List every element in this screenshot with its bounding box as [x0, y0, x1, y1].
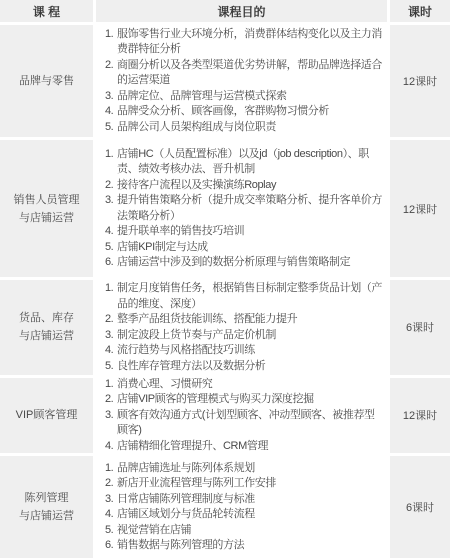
- purpose-item: 店铺VIP顾客的管理模式与购买力深度挖掘: [116, 392, 382, 408]
- purpose-item: 提升销售策略分析（提升成交率策略分析、提升客单价方法策略分析）: [116, 193, 382, 224]
- purpose-list: 制定月度销售任务，根据销售目标制定整季货品计划（产品的维度、深度） 整季产品组货…: [101, 281, 382, 374]
- course-name-line: VIP顾客管理: [16, 406, 78, 424]
- purpose-item: 店铺运营中涉及到的数据分析原理与销售策略制定: [116, 255, 382, 271]
- course-name-line: 陈列管理: [25, 489, 69, 507]
- purpose-item: 整季产品组货技能训练、搭配能力提升: [116, 312, 382, 328]
- course-name-line: 销售人员管理: [14, 191, 80, 209]
- course-purpose-cell: 店铺HC（人员配置标准）以及jd（job description）、职责、绩效考…: [96, 140, 387, 277]
- course-name-cell: 货品、库存 与店铺运营: [0, 280, 93, 374]
- course-name-line: 与店铺运营: [19, 507, 74, 525]
- purpose-list: 消费心理、习惯研究 店铺VIP顾客的管理模式与购买力深度挖掘 顾客有效沟通方式(…: [101, 377, 382, 455]
- purpose-item: 品牌店铺选址与陈列体系规划: [116, 461, 276, 477]
- course-name-line: 与店铺运营: [19, 327, 74, 345]
- course-hours-cell: 12课时: [390, 140, 450, 277]
- course-name-cell: 销售人员管理 与店铺运营: [0, 140, 93, 277]
- course-name-cell: 陈列管理 与店铺运营: [0, 456, 93, 558]
- purpose-item: 接待客户流程以及实操演练Roplay: [116, 178, 382, 194]
- course-hours-cell: 6课时: [390, 456, 450, 558]
- purpose-item: 良性库存管理方法以及数据分析: [116, 359, 382, 375]
- course-hours-cell: 6课时: [390, 280, 450, 374]
- purpose-item: 消费心理、习惯研究: [116, 377, 382, 393]
- purpose-item: 视觉营销在店铺: [116, 523, 276, 539]
- purpose-item: 商圈分析以及各类型渠道优劣势讲解，帮助品牌选择适合的运营渠道: [116, 58, 382, 89]
- course-purpose-cell: 制定月度销售任务，根据销售目标制定整季货品计划（产品的维度、深度） 整季产品组货…: [96, 280, 387, 374]
- purpose-item: 店铺精细化管理提升、CRM管理: [116, 439, 382, 455]
- course-curriculum-table: 课 程 课程目的 课时 品牌与零售 服饰零售行业大环境分析，消费群体结构变化以及…: [0, 0, 450, 558]
- purpose-item: 品牌公司人员架构组成与岗位职责: [116, 120, 382, 136]
- course-name-line: 品牌与零售: [19, 72, 74, 90]
- header-course: 课 程: [0, 0, 93, 22]
- course-purpose-cell: 消费心理、习惯研究 店铺VIP顾客的管理模式与购买力深度挖掘 顾客有效沟通方式(…: [96, 378, 387, 453]
- purpose-item: 店铺KPI制定与达成: [116, 240, 382, 256]
- purpose-list: 品牌店铺选址与陈列体系规划 新店开业流程管理与陈列工作安排 日常店铺陈列管理制度…: [101, 461, 276, 554]
- purpose-list: 店铺HC（人员配置标准）以及jd（job description）、职责、绩效考…: [101, 147, 382, 271]
- course-hours-cell: 12课时: [390, 378, 450, 453]
- header-hours: 课时: [390, 0, 450, 22]
- course-name-cell: VIP顾客管理: [0, 378, 93, 453]
- purpose-item: 店铺HC（人员配置标准）以及jd（job description）、职责、绩效考…: [116, 147, 382, 178]
- purpose-item: 日常店铺陈列管理制度与标准: [116, 492, 276, 508]
- purpose-item: 制定月度销售任务，根据销售目标制定整季货品计划（产品的维度、深度）: [116, 281, 382, 312]
- purpose-item: 店铺区域划分与货品轮转流程: [116, 507, 276, 523]
- course-purpose-cell: 服饰零售行业大环境分析，消费群体结构变化以及主力消费群特征分析 商圈分析以及各类…: [96, 25, 387, 137]
- course-purpose-cell: 品牌店铺选址与陈列体系规划 新店开业流程管理与陈列工作安排 日常店铺陈列管理制度…: [96, 456, 387, 558]
- purpose-item: 顾客有效沟通方式(计划型顾客、冲动型顾客、被推荐型顾客): [116, 408, 382, 439]
- purpose-item: 流行趋势与风格搭配技巧训练: [116, 343, 382, 359]
- purpose-item: 品牌定位、品牌管理与运营模式探索: [116, 89, 382, 105]
- course-name-cell: 品牌与零售: [0, 25, 93, 137]
- purpose-item: 销售数据与陈列管理的方法: [116, 538, 276, 554]
- purpose-item: 制定波段上货节奏与产品定价机制: [116, 328, 382, 344]
- purpose-item: 提升联单率的销售技巧培训: [116, 224, 382, 240]
- course-name-line: 与店铺运营: [19, 209, 74, 227]
- course-name-line: 货品、库存: [19, 309, 74, 327]
- purpose-item: 新店开业流程管理与陈列工作安排: [116, 476, 276, 492]
- purpose-item: 服饰零售行业大环境分析，消费群体结构变化以及主力消费群特征分析: [116, 27, 382, 58]
- purpose-item: 品牌受众分析、顾客画像，客群购物习惯分析: [116, 104, 382, 120]
- course-hours-cell: 12课时: [390, 25, 450, 137]
- header-purpose: 课程目的: [96, 0, 387, 22]
- purpose-list: 服饰零售行业大环境分析，消费群体结构变化以及主力消费群特征分析 商圈分析以及各类…: [101, 27, 382, 136]
